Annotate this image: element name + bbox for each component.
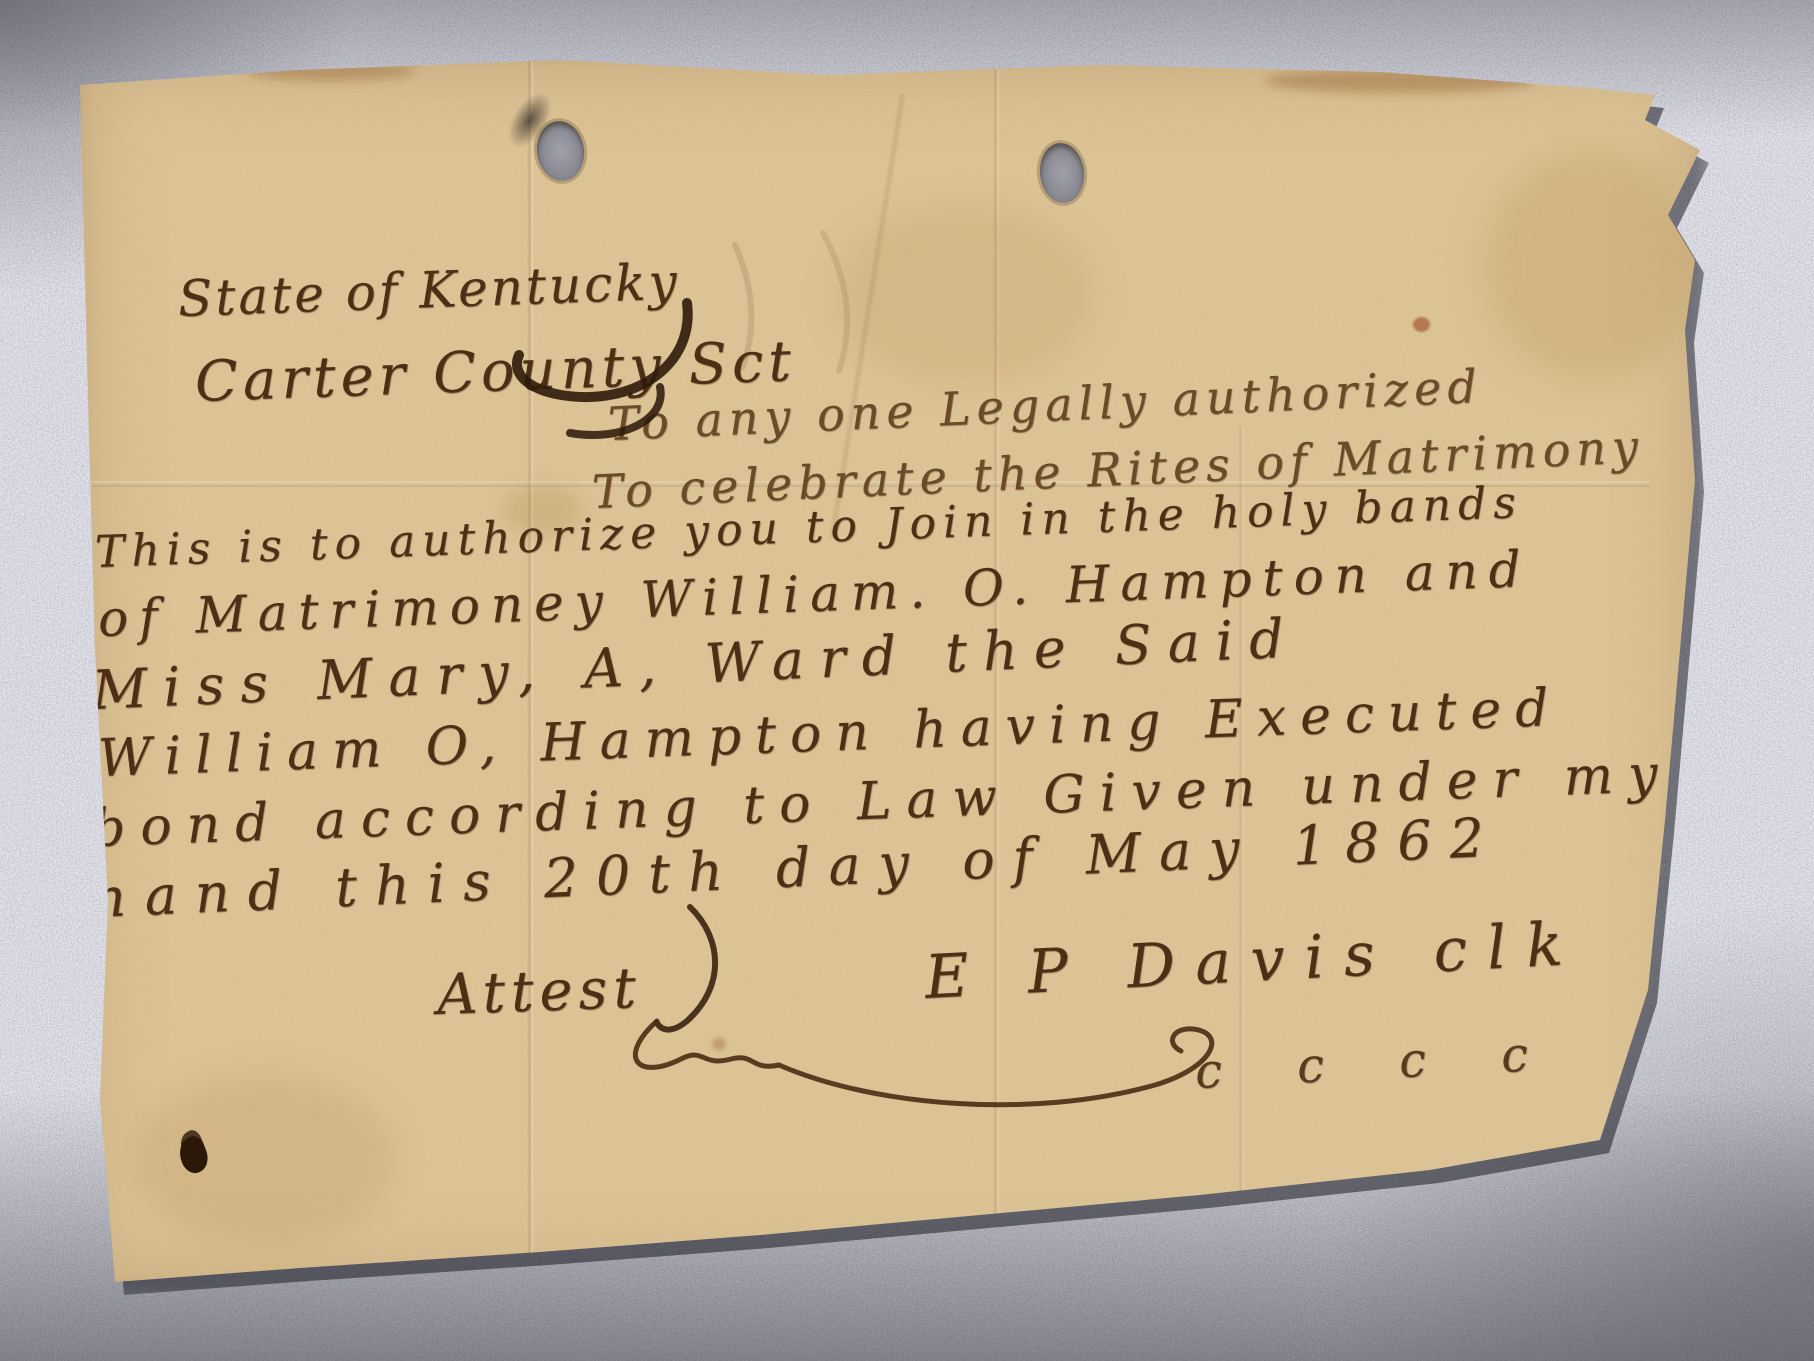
stain-center: [835, 205, 1095, 385]
fox-spot-right: [1413, 317, 1430, 332]
fox-spot-bottom: [712, 1038, 726, 1050]
document-paper: State of Kentucky Carter County Sct To a…: [75, 55, 1705, 1290]
photo-of-handwritten-document: State of Kentucky Carter County Sct To a…: [0, 0, 1814, 1361]
doc-line-attest: Attest: [436, 956, 643, 1028]
stain-bottom-left: [135, 1075, 395, 1245]
stain-top-right-corner: [1485, 150, 1695, 380]
